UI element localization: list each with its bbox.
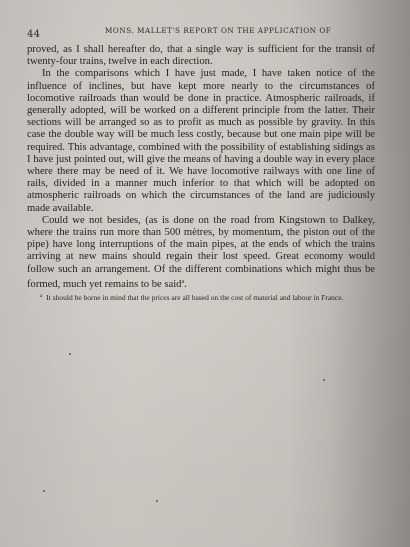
paragraph-2: In the comparisons which I have just mad… (27, 68, 375, 214)
paragraph-2-text: In the comparisons which I have just mad… (27, 68, 375, 213)
paragraph-1: proved, as I shall hereafter do, that a … (27, 44, 375, 68)
paragraph-3: Could we not besides, (as is done on the… (27, 215, 375, 291)
footnote: aIt should be borne in mind that the pri… (40, 292, 380, 303)
paragraph-3-trailing: . (184, 279, 187, 290)
footnote-symbol: a (40, 294, 42, 299)
paper-speck (43, 490, 45, 492)
paragraph-3-text: Could we not besides, (as is done on the… (27, 215, 375, 290)
footnote-text: It should be borne in mind that the pric… (46, 293, 343, 302)
paper-speck (69, 353, 71, 355)
paragraph-1-text: proved, as I shall hereafter do, that a … (27, 44, 375, 67)
book-page: 44 MONS. MALLET'S REPORT ON THE APPLICAT… (0, 0, 410, 547)
body-text: proved, as I shall hereafter do, that a … (27, 44, 375, 291)
paper-speck (323, 379, 325, 381)
page-number: 44 (27, 29, 40, 40)
paper-speck (156, 500, 158, 502)
running-title: MONS. MALLET'S REPORT ON THE APPLICATION… (105, 26, 331, 35)
